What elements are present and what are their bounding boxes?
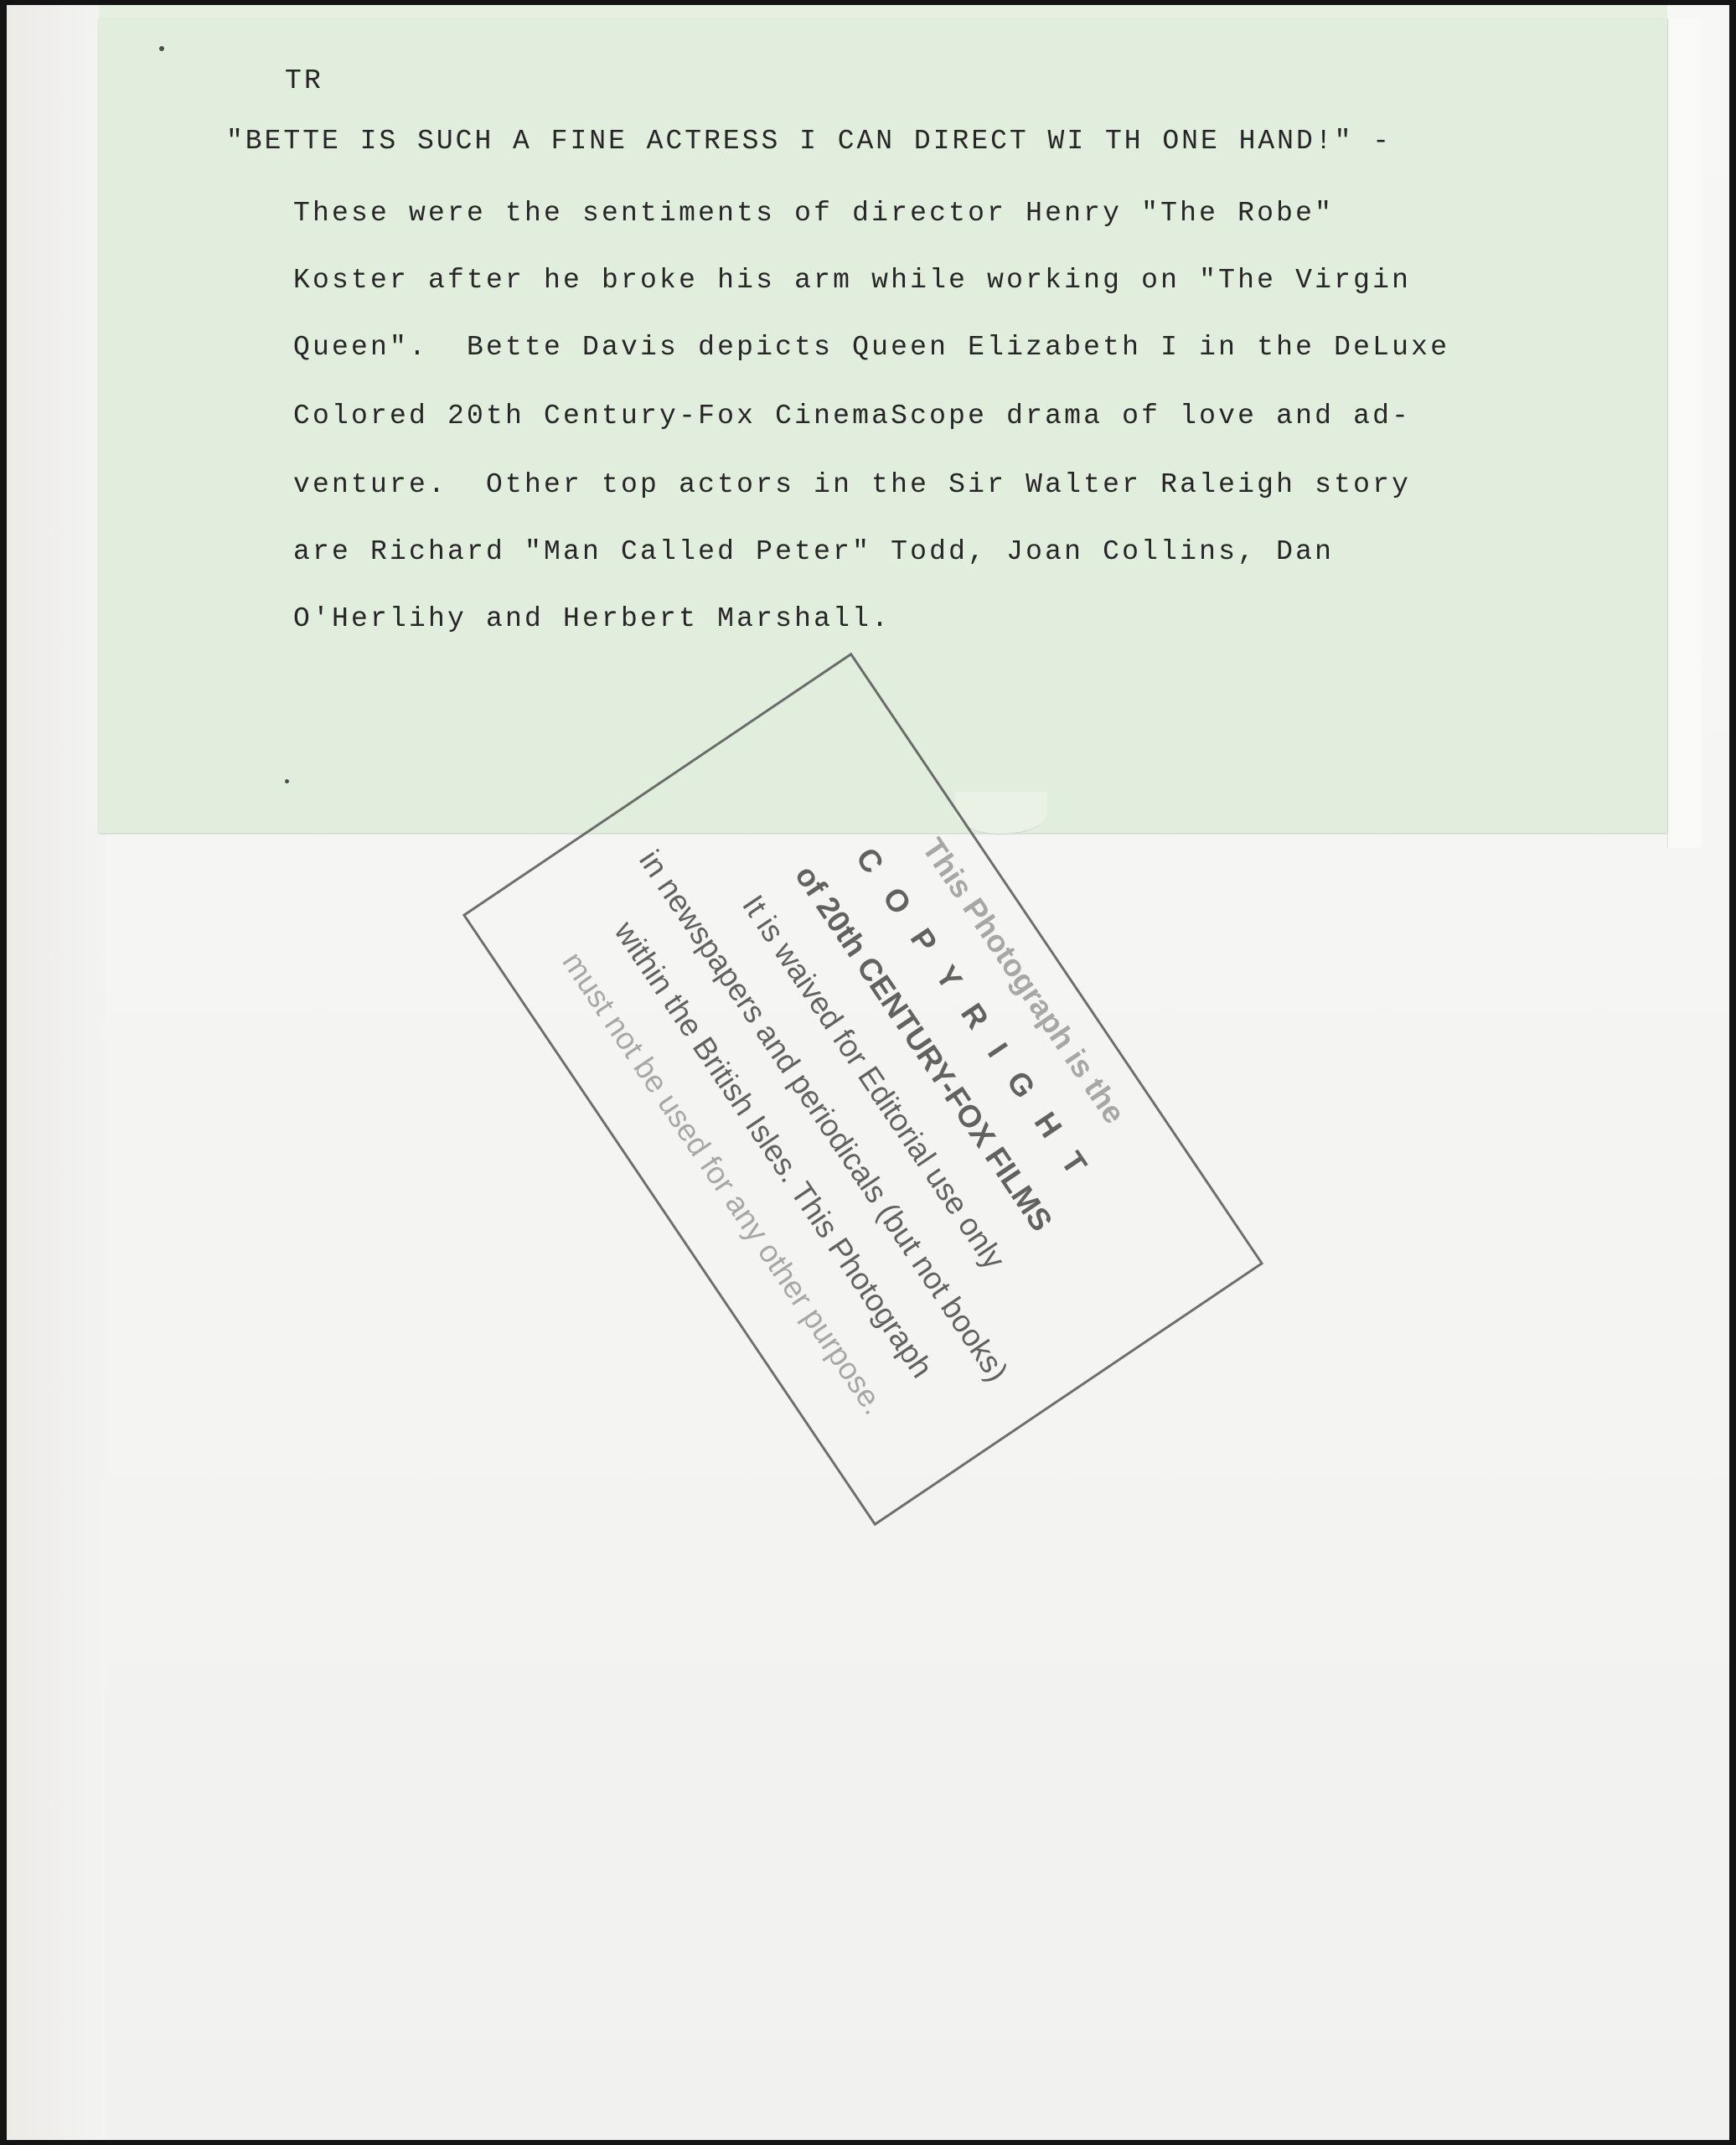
caption-line: venture. Other top actors in the Sir Wal… <box>293 469 1411 500</box>
caption-line: O'Herlihy and Herbert Marshall. <box>293 603 891 634</box>
ink-speck <box>285 779 289 783</box>
caption-headline: "BETTE IS SUCH A FINE ACTRESS I CAN DIRE… <box>226 126 1392 157</box>
caption-code: TR <box>285 65 323 96</box>
caption-line: Colored 20th Century-Fox CinemaScope dra… <box>293 401 1411 432</box>
caption-line: Queen". Bette Davis depicts Queen Elizab… <box>293 332 1449 363</box>
paper-edge <box>7 5 106 2140</box>
ink-speck <box>159 46 164 51</box>
caption-line: These were the sentiments of director He… <box>293 198 1334 229</box>
caption-line: Koster after he broke his arm while work… <box>293 265 1411 296</box>
tape-strip <box>1667 18 1702 848</box>
caption-line: are Richard "Man Called Peter" Todd, Joa… <box>293 536 1334 567</box>
